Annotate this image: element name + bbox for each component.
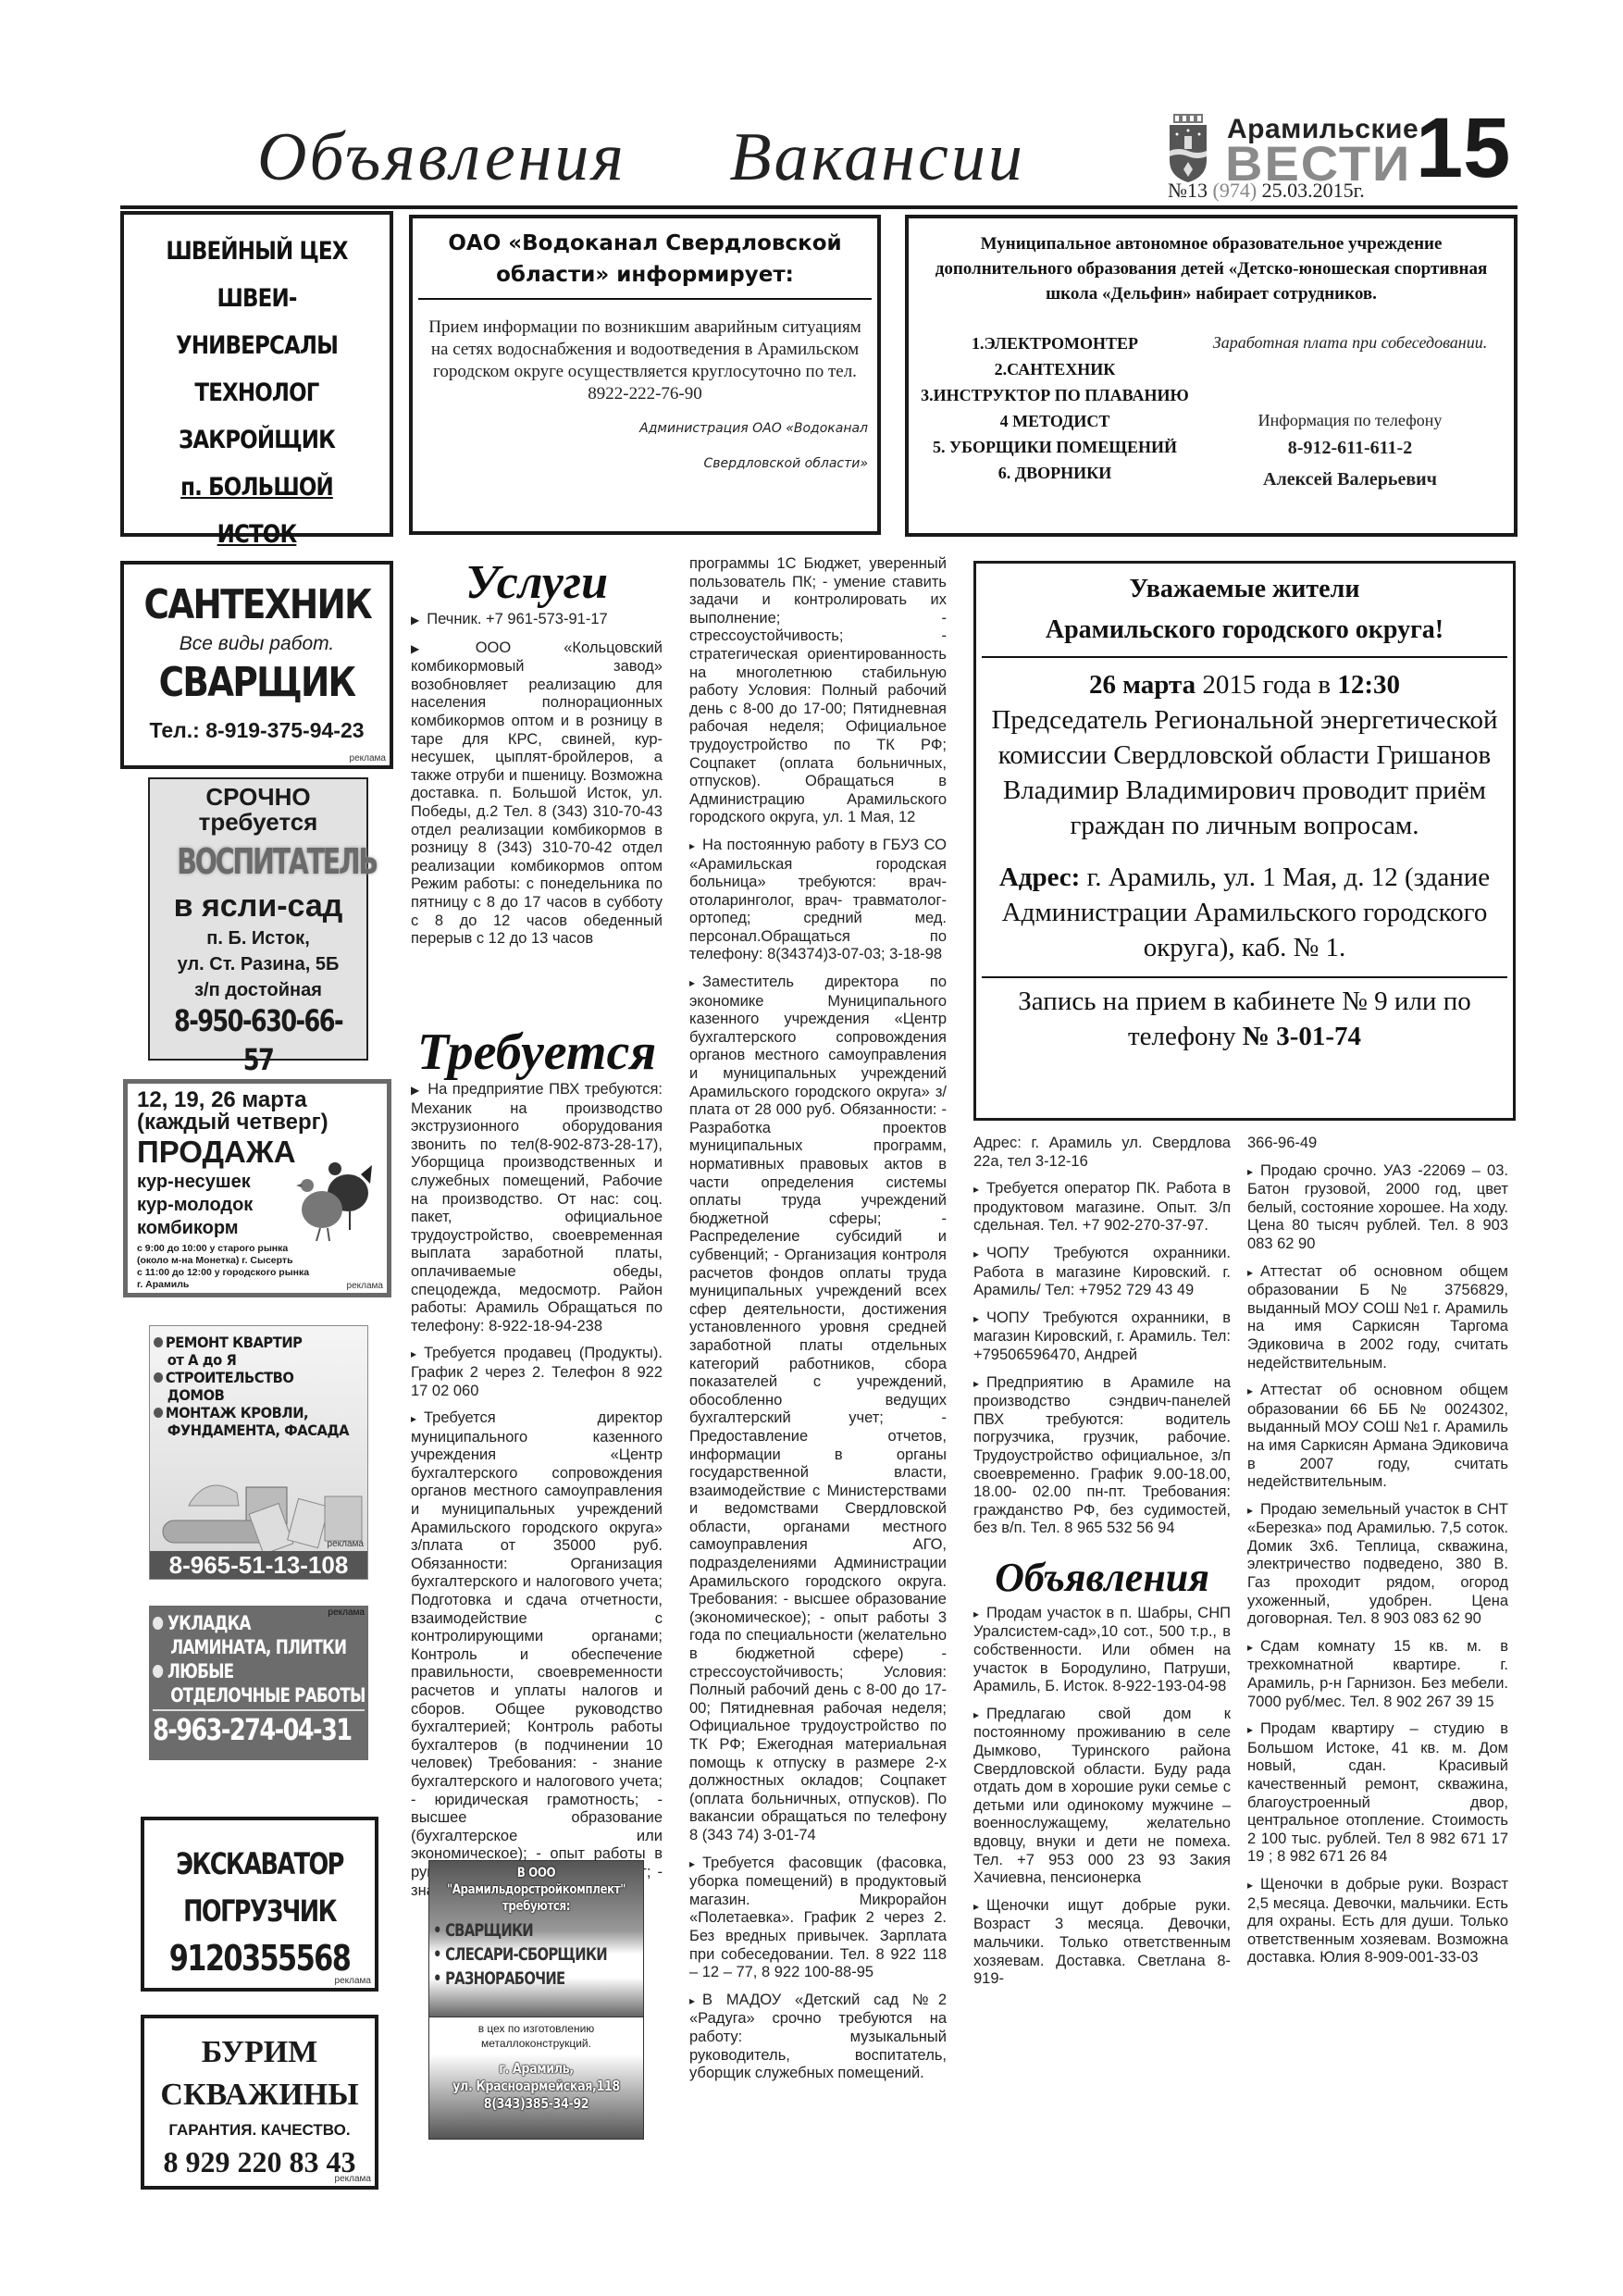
bullet-icon xyxy=(154,1372,163,1383)
listing-text: Сдам комнату 15 кв. м. в трехкомнатной к… xyxy=(1247,1638,1508,1710)
notice-time: 12:30 xyxy=(1337,670,1400,700)
ad-phone: 8-963-274-04-31 xyxy=(153,1713,322,1746)
item-label: СТРОИТЕЛЬСТВО xyxy=(166,1369,294,1386)
bullet-arrow-icon: ▸ xyxy=(1247,1266,1253,1279)
services-column: Услуги ▶Печник. +7 961-573-91-17 ▶ООО «К… xyxy=(411,555,663,958)
ad-sewing-workshop: ШВЕЙНЫЙ ЦЕХ ШВЕИ-УНИВЕРСАЛЫ ТЕХНОЛОГ ЗАК… xyxy=(120,211,393,537)
job-item: 3.ИНСТРУКТОР ПО ПЛАВАНИЮ xyxy=(916,382,1194,408)
listing-text: Щеночки ищут добрые руки. Возраст 3 меся… xyxy=(973,1897,1231,1987)
ad-line: ЗАКРОЙЩИК xyxy=(144,416,370,464)
bullet-arrow-icon: ▸ xyxy=(689,1857,695,1870)
ad-line: п. Б. Исток, xyxy=(150,927,366,949)
item-label: РЕМОНТ КВАРТИР xyxy=(166,1334,303,1351)
ad-heading: В ООО xyxy=(445,1865,626,1881)
ad-item: МОНТАЖ КРОВЛИ, xyxy=(154,1404,351,1421)
ad-mark: реклама xyxy=(328,1539,364,1549)
bullet-icon xyxy=(153,1617,163,1630)
listing-text: Предприятию в Арамиле на производство сэ… xyxy=(973,1374,1231,1537)
ad-line: БУРИМ xyxy=(144,2031,375,2074)
bullet-arrow-icon: ▸ xyxy=(973,1247,979,1260)
item-label: МОНТАЖ КРОВЛИ, xyxy=(166,1404,308,1421)
appointment-phone: № 3-01-74 xyxy=(1243,1022,1361,1051)
reception-notice: Уважаемые жители Арамильского городского… xyxy=(973,561,1516,1121)
notice-datetime: 26 марта 2015 года в 12:30 xyxy=(976,667,1513,702)
ad-mark: реклама xyxy=(335,2174,371,2184)
notice-title: ОАО «Водоканал Свердловской области» инф… xyxy=(418,228,872,300)
bullet-arrow-icon: ▶ xyxy=(411,642,468,655)
delfin-school-vacancies: Муниципальное автономное образовательное… xyxy=(905,215,1518,537)
listing-text: Заместитель директора по экономике Муниц… xyxy=(689,974,947,1843)
ad-item-cont: ОТДЕЛОЧНЫЕ РАБОТЫ xyxy=(153,1683,322,1707)
listing-item: ▸На постоянную работу в ГБУЗ СО «Арамиль… xyxy=(689,837,947,964)
bullet-arrow-icon: ▸ xyxy=(1247,1723,1253,1736)
bullet-arrow-icon: ▸ xyxy=(973,1900,979,1913)
item-label: РАЗНОРАБОЧИЕ xyxy=(445,1968,564,1989)
listing-item: ▶На предприятие ПВХ требуются: Механик н… xyxy=(411,1081,663,1335)
listing-item: ▸Сдам комнату 15 кв. м. в трехкомнатной … xyxy=(1247,1638,1508,1711)
section-title-ads: Объявления xyxy=(257,118,626,197)
ad-line: ЭКСКАВАТОР xyxy=(167,1841,352,1888)
listing-text: Требуется фасовщик (фасовка, уборка поме… xyxy=(689,1855,947,1981)
info-label: Информация по телефону xyxy=(1194,408,1506,432)
ad-chicken-sale: 12, 19, 26 марта (каждый четверг) ПРОДАЖ… xyxy=(123,1079,391,1297)
ad-weekday: (каждый четверг) xyxy=(137,1111,378,1134)
item-label: СВАРЩИКИ xyxy=(445,1920,533,1941)
salary-note: Заработная плата при собеседовании. xyxy=(1194,330,1506,354)
issue-date: 25.03.2015г. xyxy=(1262,179,1365,202)
notice-body: Председатель Региональной энергетической… xyxy=(976,702,1513,843)
bullet-arrow-icon: ▸ xyxy=(1247,1641,1253,1654)
header-divider xyxy=(120,205,1518,209)
ad-mark: реклама xyxy=(328,1607,365,1618)
ad-line: в ясли-сад xyxy=(150,888,366,924)
schedule-line: г. Арамиль xyxy=(137,1279,378,1291)
section-title-vacancies: Вакансии xyxy=(729,118,1025,197)
divider xyxy=(153,1709,365,1711)
bullet-arrow-icon: ▸ xyxy=(973,1708,979,1721)
notice-body: Прием информации по возникшим аварийным … xyxy=(418,316,872,405)
bullet-arrow-icon: ▸ xyxy=(411,1347,416,1360)
listing-item: ▸Предприятию в Арамиле на производство с… xyxy=(973,1374,1231,1538)
page-number: 15 xyxy=(1416,102,1510,194)
listing-text: ЧОПУ Требуются охранники. Работа в магаз… xyxy=(973,1245,1231,1298)
listing-item: ▸Аттестат об основном общем образовании … xyxy=(1247,1263,1508,1373)
listing-text: Продаю срочно. УАЗ -22069 – 03. Батон гр… xyxy=(1247,1162,1508,1252)
listing-text: Печник. +7 961-573-91-17 xyxy=(427,611,607,627)
ad-line: ул. Ст. Разина, 5Б xyxy=(150,953,366,975)
bullet-arrow-icon: ▸ xyxy=(973,1607,979,1620)
ad-phone: Тел.: 8-919-375-94-23 xyxy=(124,714,390,746)
bullet-icon xyxy=(154,1408,163,1418)
listing-continuation: 366-96-49 xyxy=(1247,1135,1508,1153)
ad-item: • РАЗНОРАБОЧИЕ xyxy=(433,1967,597,1991)
bullet-arrow-icon: ▸ xyxy=(411,1412,416,1425)
ad-flooring: реклама УКЛАДКА ЛАМИНАТА, ПЛИТКИ ЛЮБЫЕ О… xyxy=(149,1606,368,1760)
bullet-arrow-icon: ▸ xyxy=(973,1377,979,1390)
listing-text: Требуется оператор ПК. Работа в продукто… xyxy=(973,1180,1231,1234)
notice-text: 2015 года в xyxy=(1196,670,1337,700)
item-label: УКЛАДКА xyxy=(167,1612,251,1634)
bullet-icon xyxy=(153,1665,163,1678)
listing-item: ▸Продам участок в п. Шабры, СНП Уралсист… xyxy=(973,1605,1231,1696)
listing-text: ЧОПУ Требуются охранники, в магазин Киро… xyxy=(973,1309,1231,1363)
ad-mark: реклама xyxy=(347,1281,383,1291)
ad-subitem: ДОМОВ xyxy=(154,1386,351,1404)
ad-renovation: РЕМОНТ КВАРТИР от А до Я СТРОИТЕЛЬСТВО Д… xyxy=(149,1325,368,1580)
job-item: 2.САНТЕХНИК xyxy=(916,356,1194,382)
wanted-heading: Требуется xyxy=(411,1029,663,1075)
issue-total: (974) xyxy=(1213,179,1258,202)
listing-item: ▸Продаю срочно. УАЗ -22069 – 03. Батон г… xyxy=(1247,1162,1508,1254)
listing-text: На постоянную работу в ГБУЗ СО «Арамильс… xyxy=(689,837,947,963)
coat-of-arms-icon xyxy=(1168,114,1208,182)
ad-title: САНТЕХНИК xyxy=(144,581,370,629)
vodokanal-notice: ОАО «Водоканал Свердловской области» инф… xyxy=(409,215,881,535)
bullet-icon xyxy=(154,1337,163,1347)
listing-continuation: программы 1С Бюджет, уверенный пользоват… xyxy=(689,555,947,827)
ad-aramildorstroy-footer: в цех по изготовлению металлоконструкций… xyxy=(428,2017,644,2140)
listing-item: ▸Заместитель директора по экономике Муни… xyxy=(689,974,947,1845)
wanted-column-2: программы 1С Бюджет, уверенный пользоват… xyxy=(689,555,947,2092)
listing-item: ▸Требуется оператор ПК. Работа в продукт… xyxy=(973,1180,1231,1235)
ad-item: ЛЮБЫЕ xyxy=(153,1659,322,1683)
bullet-arrow-icon: ▸ xyxy=(689,839,695,852)
listing-text: На предприятие ПВХ требуются: Механик на… xyxy=(411,1081,663,1334)
ad-heading: требуются: xyxy=(445,1898,626,1915)
ad-mark: реклама xyxy=(350,753,386,763)
ad-phone: 8-965-51-13-108 xyxy=(150,1551,367,1579)
listing-text: Предлагаю свой дом к постоянному прожива… xyxy=(973,1706,1231,1886)
listing-text: В МАДОУ «Детский сад №2 «Радуга» срочно … xyxy=(689,1992,947,2081)
ad-mark: реклама xyxy=(335,1976,371,1986)
bullet-arrow-icon: ▸ xyxy=(1247,1879,1253,1892)
notice-address: Адрес: г. Арамиль, ул. 1 Мая, д. 12 (зда… xyxy=(976,860,1513,965)
ad-phone: 8-950-630-66-57 xyxy=(171,1001,344,1079)
listing-item: ▸ЧОПУ Требуются охранники, в магазин Кир… xyxy=(973,1309,1231,1365)
ad-line: СРОЧНО xyxy=(150,785,366,809)
job-item: 4 МЕТОДИСТ xyxy=(916,408,1194,434)
divider xyxy=(982,656,1507,658)
wanted-column: Требуется ▶На предприятие ПВХ требуются:… xyxy=(411,1029,663,1909)
listing-item: ▸Требуется фасовщик (фасовка, уборка пом… xyxy=(689,1855,947,1982)
listing-text: Требуется продавец (Продукты). График 2 … xyxy=(411,1345,663,1398)
listing-item: ▸Продам квартиру – студию в Большом Исто… xyxy=(1247,1720,1508,1867)
delfin-job-list: 1.ЭЛЕКТРОМОНТЕР 2.САНТЕХНИК 3.ИНСТРУКТОР… xyxy=(916,330,1194,495)
ad-kindergarten-teacher: СРОЧНО требуется ВОСПИТАТЕЛЬ в ясли-сад … xyxy=(148,777,368,1061)
ad-well-drilling: БУРИМ СКВАЖИНЫ ГАРАНТИЯ. КАЧЕСТВО. 8 929… xyxy=(141,2015,378,2190)
ad-item: РЕМОНТ КВАРТИР xyxy=(154,1334,351,1351)
listing-item: ▸Предлагаю свой дом к постоянному прожив… xyxy=(973,1706,1231,1888)
listing-text: Аттестат об основном общем образовании 6… xyxy=(1247,1382,1508,1490)
listing-item: ▸Щеночки ищут добрые руки. Возраст 3 мес… xyxy=(973,1897,1231,1989)
listing-continuation: Адрес: г. Арамиль ул. Свердлова 22а, тел… xyxy=(973,1135,1231,1171)
ad-item: СТРОИТЕЛЬСТВО xyxy=(154,1369,351,1386)
listing-text: Требуется директор муниципального казенн… xyxy=(411,1409,663,1898)
bullet-arrow-icon: ▶ xyxy=(411,1084,420,1097)
ad-line: ТЕХНОЛОГ xyxy=(144,369,370,416)
listing-text: Продам участок в п. Шабры, СНП Уралсисте… xyxy=(973,1605,1231,1694)
notice-title: Арамильского городского округа! xyxy=(976,610,1513,651)
masthead-section-title: Объявления Вакансии xyxy=(257,118,1025,197)
listing-text: Аттестат об основном общем образовании Б… xyxy=(1247,1263,1508,1371)
item-label: ЛЮБЫЕ xyxy=(167,1660,233,1682)
ad-location: п. БОЛЬШОЙ ИСТОК xyxy=(144,464,370,558)
listing-item: ▸Требуется продавец (Продукты). График 2… xyxy=(411,1345,663,1400)
schedule-line: (около м-на Монетка) г. Сысерть xyxy=(137,1255,378,1267)
listing-item: ▸Аттестат об основном общем образовании … xyxy=(1247,1382,1508,1492)
ad-slogan: ГАРАНТИЯ. КАЧЕСТВО. xyxy=(144,2116,375,2144)
listing-item: ▸Щеночки в добрые руки. Возраст 2,5 меся… xyxy=(1247,1876,1508,1967)
bullet-arrow-icon: ▸ xyxy=(973,1183,979,1196)
listing-item: ▸В МАДОУ «Детский сад №2 «Радуга» срочно… xyxy=(689,1992,947,2083)
issue-number: №13 xyxy=(1168,179,1208,202)
schedule-line: с 11:00 до 12:00 у городского рынка xyxy=(137,1267,378,1279)
announcements-heading: Объявления xyxy=(973,1551,1231,1605)
contact-phone: 8-912-611-611-2 xyxy=(1194,432,1506,464)
ad-note: в цех по изготовлению xyxy=(429,2021,643,2036)
ad-line: СКВАЖИНЫ xyxy=(144,2074,375,2116)
ad-line: ШВЕЙНЫЙ ЦЕХ xyxy=(144,228,370,275)
ad-excavator: ЭКСКАВАТОР ПОГРУЗЧИК 9120355568 реклама xyxy=(141,1817,378,1992)
item-label: СЛЕСАРИ-СБОРЩИКИ xyxy=(445,1944,607,1965)
listing-item: ▸ЧОПУ Требуются охранники. Работа в мага… xyxy=(973,1245,1231,1300)
newspaper-logo: Арамильские ВЕСТИ xyxy=(1168,106,1408,190)
ad-item-cont: ЛАМИНАТА, ПЛИТКИ xyxy=(153,1635,322,1659)
bullet-arrow-icon: ▸ xyxy=(1247,1384,1253,1397)
ad-subitem: от А до Я xyxy=(154,1351,351,1369)
ad-subitem: ФУНДАМЕНТА, ФАСАДА xyxy=(154,1421,351,1439)
bullet-arrow-icon: ▸ xyxy=(689,976,695,989)
ad-item: • СЛЕСАРИ-СБОРЩИКИ xyxy=(433,1942,597,1967)
listing-text: Продаю земельный участок в СНТ «Березка»… xyxy=(1247,1501,1508,1628)
notice-signature: Администрация ОАО «Водоканал xyxy=(418,411,872,446)
notice-title: Уважаемые жители xyxy=(976,569,1513,610)
bullet-arrow-icon: ▸ xyxy=(973,1312,979,1325)
ad-title: СВАРЩИК xyxy=(144,659,370,707)
contact-name: Алексей Валерьевич xyxy=(1194,464,1506,495)
ad-aramildorstroy: В ООО "Арамильдорстройкомплект" требуютс… xyxy=(428,1860,644,2017)
ad-dates: 12, 19, 26 марта xyxy=(137,1089,378,1111)
ad-note: металлоконструкций. xyxy=(429,2036,643,2051)
ad-title: ВОСПИТАТЕЛЬ xyxy=(177,835,340,888)
notice-appointment: Запись на прием в кабинете № 9 или по те… xyxy=(976,984,1513,1054)
bullet-arrow-icon: ▸ xyxy=(1247,1165,1253,1178)
ad-plumber-welder: САНТЕХНИК Все виды работ. СВАРЩИК Тел.: … xyxy=(120,561,393,769)
listing-text: ООО «Кольцовский комбикормовый завод» во… xyxy=(411,639,663,948)
delfin-heading: Муниципальное автономное образовательное… xyxy=(916,231,1506,306)
ad-line: з/п достойная xyxy=(150,979,366,1001)
ad-address: г. Арамиль, xyxy=(445,2060,626,2078)
listing-text: Продам квартиру – студию в Большом Исток… xyxy=(1247,1720,1508,1865)
divider xyxy=(982,976,1507,978)
job-item: 1.ЭЛЕКТРОМОНТЕР xyxy=(916,330,1194,356)
announcements-column: 366-96-49 ▸Продаю срочно. УАЗ -22069 – 0… xyxy=(1247,1135,1508,1977)
bullet-arrow-icon: ▸ xyxy=(1247,1504,1253,1517)
ad-schedule: с 9:00 до 10:00 у старого рынка (около м… xyxy=(137,1243,378,1291)
ad-item: • СВАРЩИКИ xyxy=(433,1918,597,1942)
bullet-arrow-icon: ▶ xyxy=(411,614,419,627)
ad-address: ул. Красноармейская,118 xyxy=(445,2078,626,2095)
listing-item: ▶ООО «Кольцовский комбикормовый завод» в… xyxy=(411,639,663,949)
ad-line: ПОГРУЗЧИК xyxy=(167,1888,352,1935)
listing-item: ▶Печник. +7 961-573-91-17 xyxy=(411,611,663,630)
address-label: Адрес: xyxy=(999,863,1081,892)
listing-item: ▸Продаю земельный участок в СНТ «Березка… xyxy=(1247,1501,1508,1629)
ad-heading: "Арамильдорстройкомплект" xyxy=(445,1881,626,1898)
job-item: 5. УБОРЩИКИ ПОМЕЩЕНИЙ xyxy=(916,434,1194,460)
ad-phone: 9120355568 xyxy=(167,1935,352,1982)
listing-item: ▸Требуется директор муниципального казен… xyxy=(411,1409,663,1900)
ad-line: требуется xyxy=(150,809,366,835)
bullet-arrow-icon: ▸ xyxy=(689,1994,695,2007)
ad-phone: 8(343)385-34-92 xyxy=(445,2095,626,2113)
wanted-column-3: Адрес: г. Арамиль ул. Свердлова 22а, тел… xyxy=(973,1135,1231,1998)
job-item: 6. ДВОРНИКИ xyxy=(916,460,1194,486)
ad-line: ШВЕИ-УНИВЕРСАЛЫ xyxy=(144,275,370,369)
services-heading: Услуги xyxy=(411,555,663,611)
issue-info: №13 (974) 25.03.2015г. xyxy=(1168,179,1365,203)
ad-item: УКЛАДКА xyxy=(153,1611,322,1635)
notice-date: 26 марта xyxy=(1089,670,1196,700)
hens-icon xyxy=(292,1156,376,1245)
ad-subtitle: Все виды работ. xyxy=(124,629,390,659)
notice-signature: Свердловской области» xyxy=(418,446,872,481)
listing-text: Щеночки в добрые руки. Возраст 2,5 месяц… xyxy=(1247,1876,1508,1966)
